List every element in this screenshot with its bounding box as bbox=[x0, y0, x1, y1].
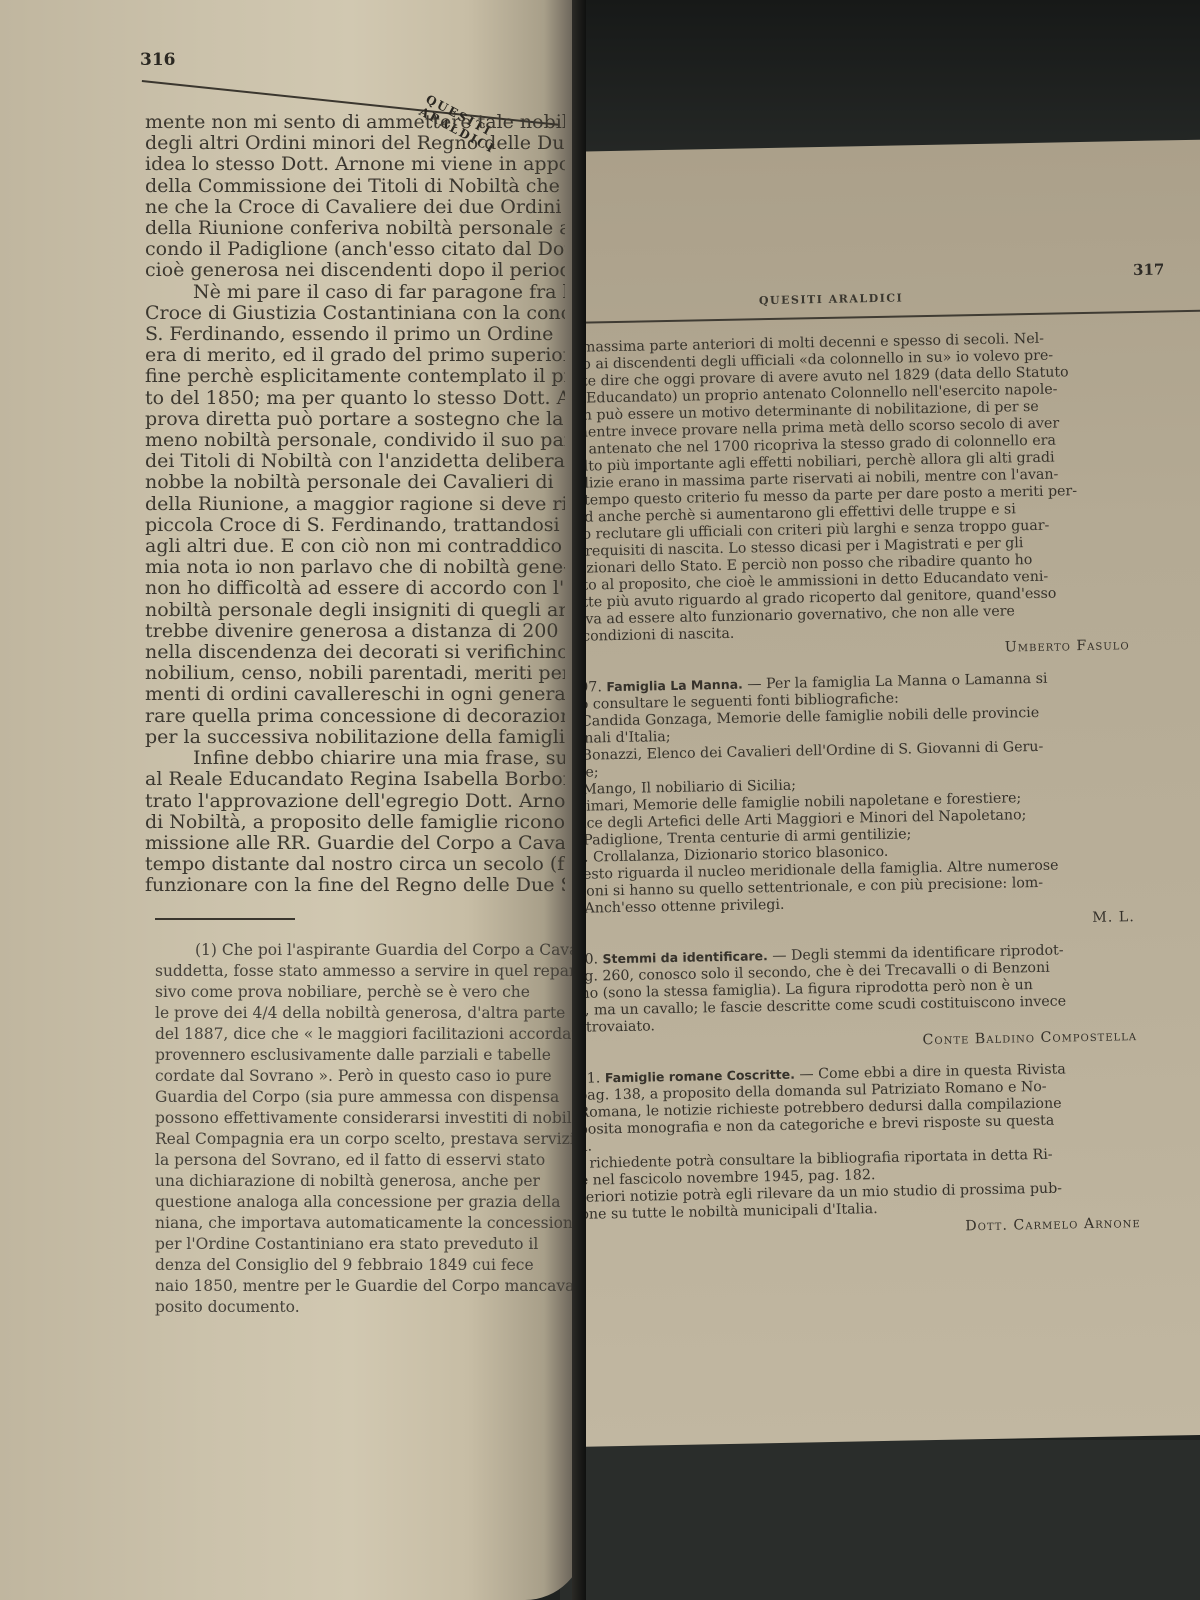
footnote-line: cordate dal Sovrano ». Però in questo ca… bbox=[155, 1066, 575, 1087]
text-line: al Reale Educandato Regina Isabella Borb… bbox=[145, 769, 565, 790]
text-line: Nè mi pare il caso di far paragone fra l… bbox=[145, 282, 565, 303]
footnote-line: le prove dei 4/4 della nobiltà generosa,… bbox=[155, 1003, 575, 1024]
footnote-line: niana, che importava automaticamente la … bbox=[155, 1213, 575, 1234]
book-spine-shadow bbox=[572, 0, 586, 1600]
text-line: nobilium, censo, nobili parentadi, merit… bbox=[145, 663, 565, 684]
footnote-line: denza del Consiglio del 9 febbraio 1849 … bbox=[155, 1255, 575, 1276]
text-line: non ho difficoltà ad essere di accordo c… bbox=[145, 578, 565, 599]
right-page-body: in massima parte anteriori di molti dece… bbox=[564, 328, 1200, 1243]
text-line: era di merito, ed il grado del primo sup… bbox=[145, 345, 565, 366]
right-page: 317 QUESITI ARALDICI in massima parte an… bbox=[560, 139, 1200, 1446]
text-line: nobbe la nobiltà personale dei Cavalieri… bbox=[145, 472, 565, 493]
text-line: trebbe divenire generosa a distanza di 2… bbox=[145, 621, 565, 642]
page-number: 316 bbox=[140, 50, 176, 70]
text-line: ne che la Croce di Cavaliere dei due Ord… bbox=[145, 197, 565, 218]
text-line: di Nobiltà, a proposito delle famiglie r… bbox=[145, 812, 565, 833]
text-line: della Riunione conferiva nobiltà persona… bbox=[145, 218, 565, 239]
text-line: tempo distante dal nostro circa un secol… bbox=[145, 854, 565, 875]
text-line: funzionare con la fine del Regno delle D… bbox=[145, 875, 565, 896]
footnote-line: Real Compagnia era un corpo scelto, pres… bbox=[155, 1129, 575, 1150]
text-line: prova diretta può portare a sostegno che… bbox=[145, 409, 565, 430]
footnote-line: Guardia del Corpo (sia pure ammessa con … bbox=[155, 1087, 575, 1108]
text-line: condo il Padiglione (anch'esso citato da… bbox=[145, 239, 565, 260]
dark-background-bottom bbox=[560, 1440, 1200, 1600]
header-rule bbox=[563, 310, 1200, 324]
footnote-rule bbox=[155, 918, 295, 920]
text-line: S. Ferdinando, essendo il primo un Ordin… bbox=[145, 324, 565, 345]
text-line: mia nota io non parlavo che di nobiltà g… bbox=[145, 557, 565, 578]
footnote-line: possono effettivamente considerarsi inve… bbox=[155, 1108, 575, 1129]
text-line: nella discendenza dei decorati si verifi… bbox=[145, 642, 565, 663]
text-line: degli altri Ordini minori del Regno dell… bbox=[145, 133, 565, 154]
text-line: dei Titoli di Nobiltà con l'anzidetta de… bbox=[145, 451, 565, 472]
text-line: agli altri due. E con ciò non mi contrad… bbox=[145, 536, 565, 557]
text-line: Croce di Giustizia Costantiniana con la … bbox=[145, 303, 565, 324]
text-line: idea lo stesso Dott. Arnone mi viene in … bbox=[145, 154, 565, 175]
footnote-line: sivo come prova nobiliare, perchè se è v… bbox=[155, 982, 575, 1003]
text-line: della Commissione dei Titoli di Nobiltà … bbox=[145, 176, 565, 197]
footnote: (1) Che poi l'aspirante Guardia del Corp… bbox=[155, 940, 575, 1318]
footnote-line: naio 1850, mentre per le Guardie del Cor… bbox=[155, 1276, 575, 1297]
left-page-body: mente non mi sento di ammettere tale nob… bbox=[145, 112, 565, 897]
text-line: nobiltà personale degli insigniti di que… bbox=[145, 600, 565, 621]
footnote-line: questione analoga alla concessione per g… bbox=[155, 1192, 575, 1213]
left-page: 316 QUESITI ARALDICI mente non mi sento … bbox=[0, 0, 585, 1600]
text-line: to del 1850; ma per quanto lo stesso Dot… bbox=[145, 388, 565, 409]
text-line: meno nobiltà personale, condivido il suo… bbox=[145, 430, 565, 451]
text-line: fine perchè esplicitamente contemplato i… bbox=[145, 366, 565, 387]
footnote-line: del 1887, dice che « le maggiori facilit… bbox=[155, 1024, 575, 1045]
text-line: cioè generosa nei discendenti dopo il pe… bbox=[145, 260, 565, 281]
page-number: 317 bbox=[1133, 260, 1165, 279]
footnote-line: (1) Che poi l'aspirante Guardia del Corp… bbox=[155, 940, 575, 961]
running-head: QUESITI ARALDICI bbox=[759, 291, 904, 307]
footnote-line: posito documento. bbox=[155, 1297, 575, 1318]
text-line: della Riunione, a maggior ragione si dev… bbox=[145, 494, 565, 515]
text-line: piccola Croce di S. Ferdinando, trattand… bbox=[145, 515, 565, 536]
text-line: trato l'approvazione dell'egregio Dott. … bbox=[145, 791, 565, 812]
text-line: menti di ordini cavallereschi in ogni ge… bbox=[145, 684, 565, 705]
footnote-line: una dichiarazione di nobiltà generosa, a… bbox=[155, 1171, 575, 1192]
text-line: per la successiva nobilitazione della fa… bbox=[145, 727, 565, 748]
footnote-line: la persona del Sovrano, ed il fatto di e… bbox=[155, 1150, 575, 1171]
footnote-line: suddetta, fosse stato ammesso a servire … bbox=[155, 961, 575, 982]
text-line: Infine debbo chiarire una mia frase, sul… bbox=[145, 748, 565, 769]
footnote-line: per l'Ordine Costantiniano era stato pre… bbox=[155, 1234, 575, 1255]
text-line: rare quella prima concessione di decoraz… bbox=[145, 706, 565, 727]
text-line: missione alle RR. Guardie del Corpo a Ca… bbox=[145, 833, 565, 854]
entry-heading: Stemmi da identificare. bbox=[602, 948, 768, 966]
entry-heading: Famiglia La Manna. bbox=[606, 677, 743, 695]
text-line: mente non mi sento di ammettere tale nob… bbox=[145, 112, 565, 133]
entry-heading: Famiglie romane Coscritte. bbox=[605, 1067, 795, 1086]
footnote-line: provennero esclusivamente dalle parziali… bbox=[155, 1045, 575, 1066]
